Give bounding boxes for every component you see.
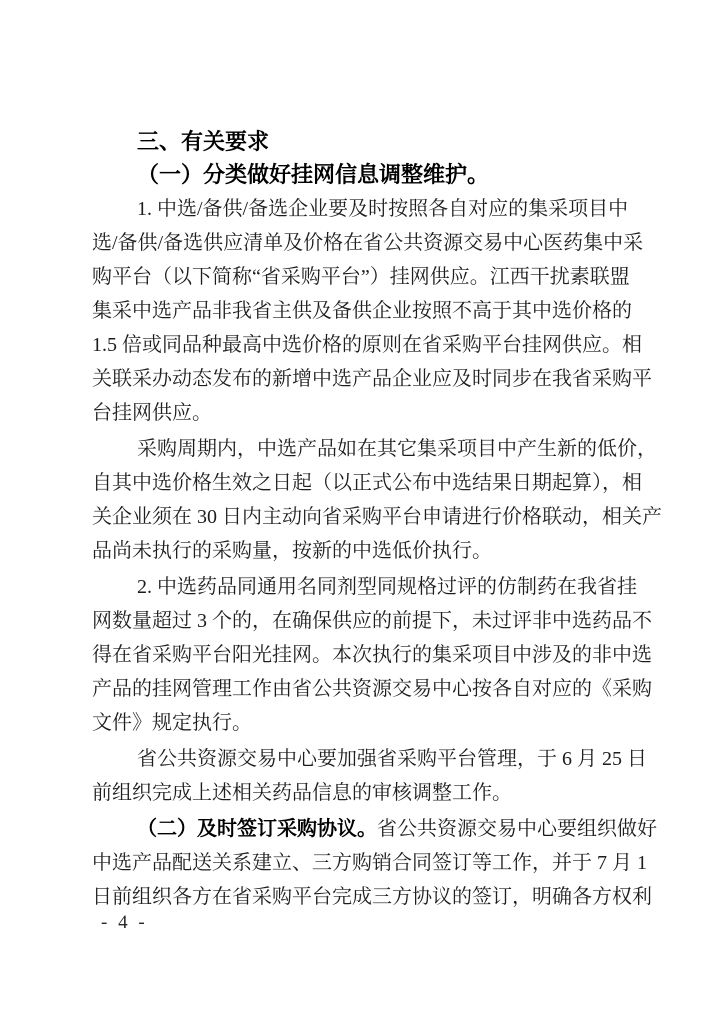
document-page: 三、有关要求 （一）分类做好挂网信息调整维护。 1. 中选/备供/备选企业要及时… xyxy=(0,0,720,1019)
section-heading: 三、有关要求 xyxy=(92,128,628,156)
text-line: 文件》规定执行。 xyxy=(92,706,628,740)
text-line: 选/备供/备选供应清单及价格在省公共资源交易中心医药集中采 xyxy=(92,226,628,260)
paragraph-4: 省公共资源交易中心要加强省采购平台管理，于 6 月 25 日 前组织完成上述相关… xyxy=(92,742,628,810)
paragraph-3: 2. 中选药品同通用名同剂型同规格过评的仿制药在我省挂 网数量超过 3 个的，在… xyxy=(92,570,628,740)
text-line: 得在省采购平台阳光挂网。本次执行的集采项目中涉及的非中选 xyxy=(92,638,628,672)
text-line: 采购周期内，中选产品如在其它集采项目中产生新的低价， xyxy=(92,432,628,466)
paragraph-1: 1. 中选/备供/备选企业要及时按照各自对应的集采项目中 选/备供/备选供应清单… xyxy=(92,192,628,430)
document-body: 三、有关要求 （一）分类做好挂网信息调整维护。 1. 中选/备供/备选企业要及时… xyxy=(92,128,628,916)
subsection-heading-1: （一）分类做好挂网信息调整维护。 xyxy=(92,160,628,190)
text-line: 省公共资源交易中心要加强省采购平台管理，于 6 月 25 日 xyxy=(92,742,628,776)
paragraph-5: （二）及时签订采购协议。省公共资源交易中心要组织做好 中选产品配送关系建立、三方… xyxy=(92,812,628,914)
text-line: 品尚未执行的采购量，按新的中选低价执行。 xyxy=(92,534,628,568)
text-line: （二）及时签订采购协议。省公共资源交易中心要组织做好 xyxy=(92,812,628,846)
text-line: 购平台（以下简称“省采购平台”）挂网供应。江西干扰素联盟 xyxy=(92,260,628,294)
text-line: 网数量超过 3 个的，在确保供应的前提下，未过评非中选药品不 xyxy=(92,604,628,638)
text-line: 产品的挂网管理工作由省公共资源交易中心按各自对应的《采购 xyxy=(92,672,628,706)
text-line: 关企业须在 30 日内主动向省采购平台申请进行价格联动，相关产 xyxy=(92,500,628,534)
text-line: 1. 中选/备供/备选企业要及时按照各自对应的集采项目中 xyxy=(92,192,628,226)
text-line: 集采中选产品非我省主供及备供企业按照不高于其中选价格的 xyxy=(92,294,628,328)
text-line: 前组织完成上述相关药品信息的审核调整工作。 xyxy=(92,776,628,810)
text-line: 台挂网供应。 xyxy=(92,396,628,430)
text-line: 关联采办动态发布的新增中选产品企业应及时同步在我省采购平 xyxy=(92,362,628,396)
text-line: 日前组织各方在省采购平台完成三方协议的签订，明确各方权利 xyxy=(92,880,628,914)
text-run: 省公共资源交易中心要组织做好 xyxy=(377,818,657,840)
subsection-heading-2: （二）及时签订采购协议。 xyxy=(137,818,377,840)
paragraph-2: 采购周期内，中选产品如在其它集采项目中产生新的低价， 自其中选价格生效之日起（以… xyxy=(92,432,628,568)
text-line: 自其中选价格生效之日起（以正式公布中选结果日期起算），相 xyxy=(92,466,628,500)
text-line: 中选产品配送关系建立、三方购销合同签订等工作，并于 7 月 1 xyxy=(92,846,628,880)
text-line: 1.5 倍或同品种最高中选价格的原则在省采购平台挂网供应。相 xyxy=(92,328,628,362)
page-number: - 4 - xyxy=(101,912,148,934)
text-line: 2. 中选药品同通用名同剂型同规格过评的仿制药在我省挂 xyxy=(92,570,628,604)
